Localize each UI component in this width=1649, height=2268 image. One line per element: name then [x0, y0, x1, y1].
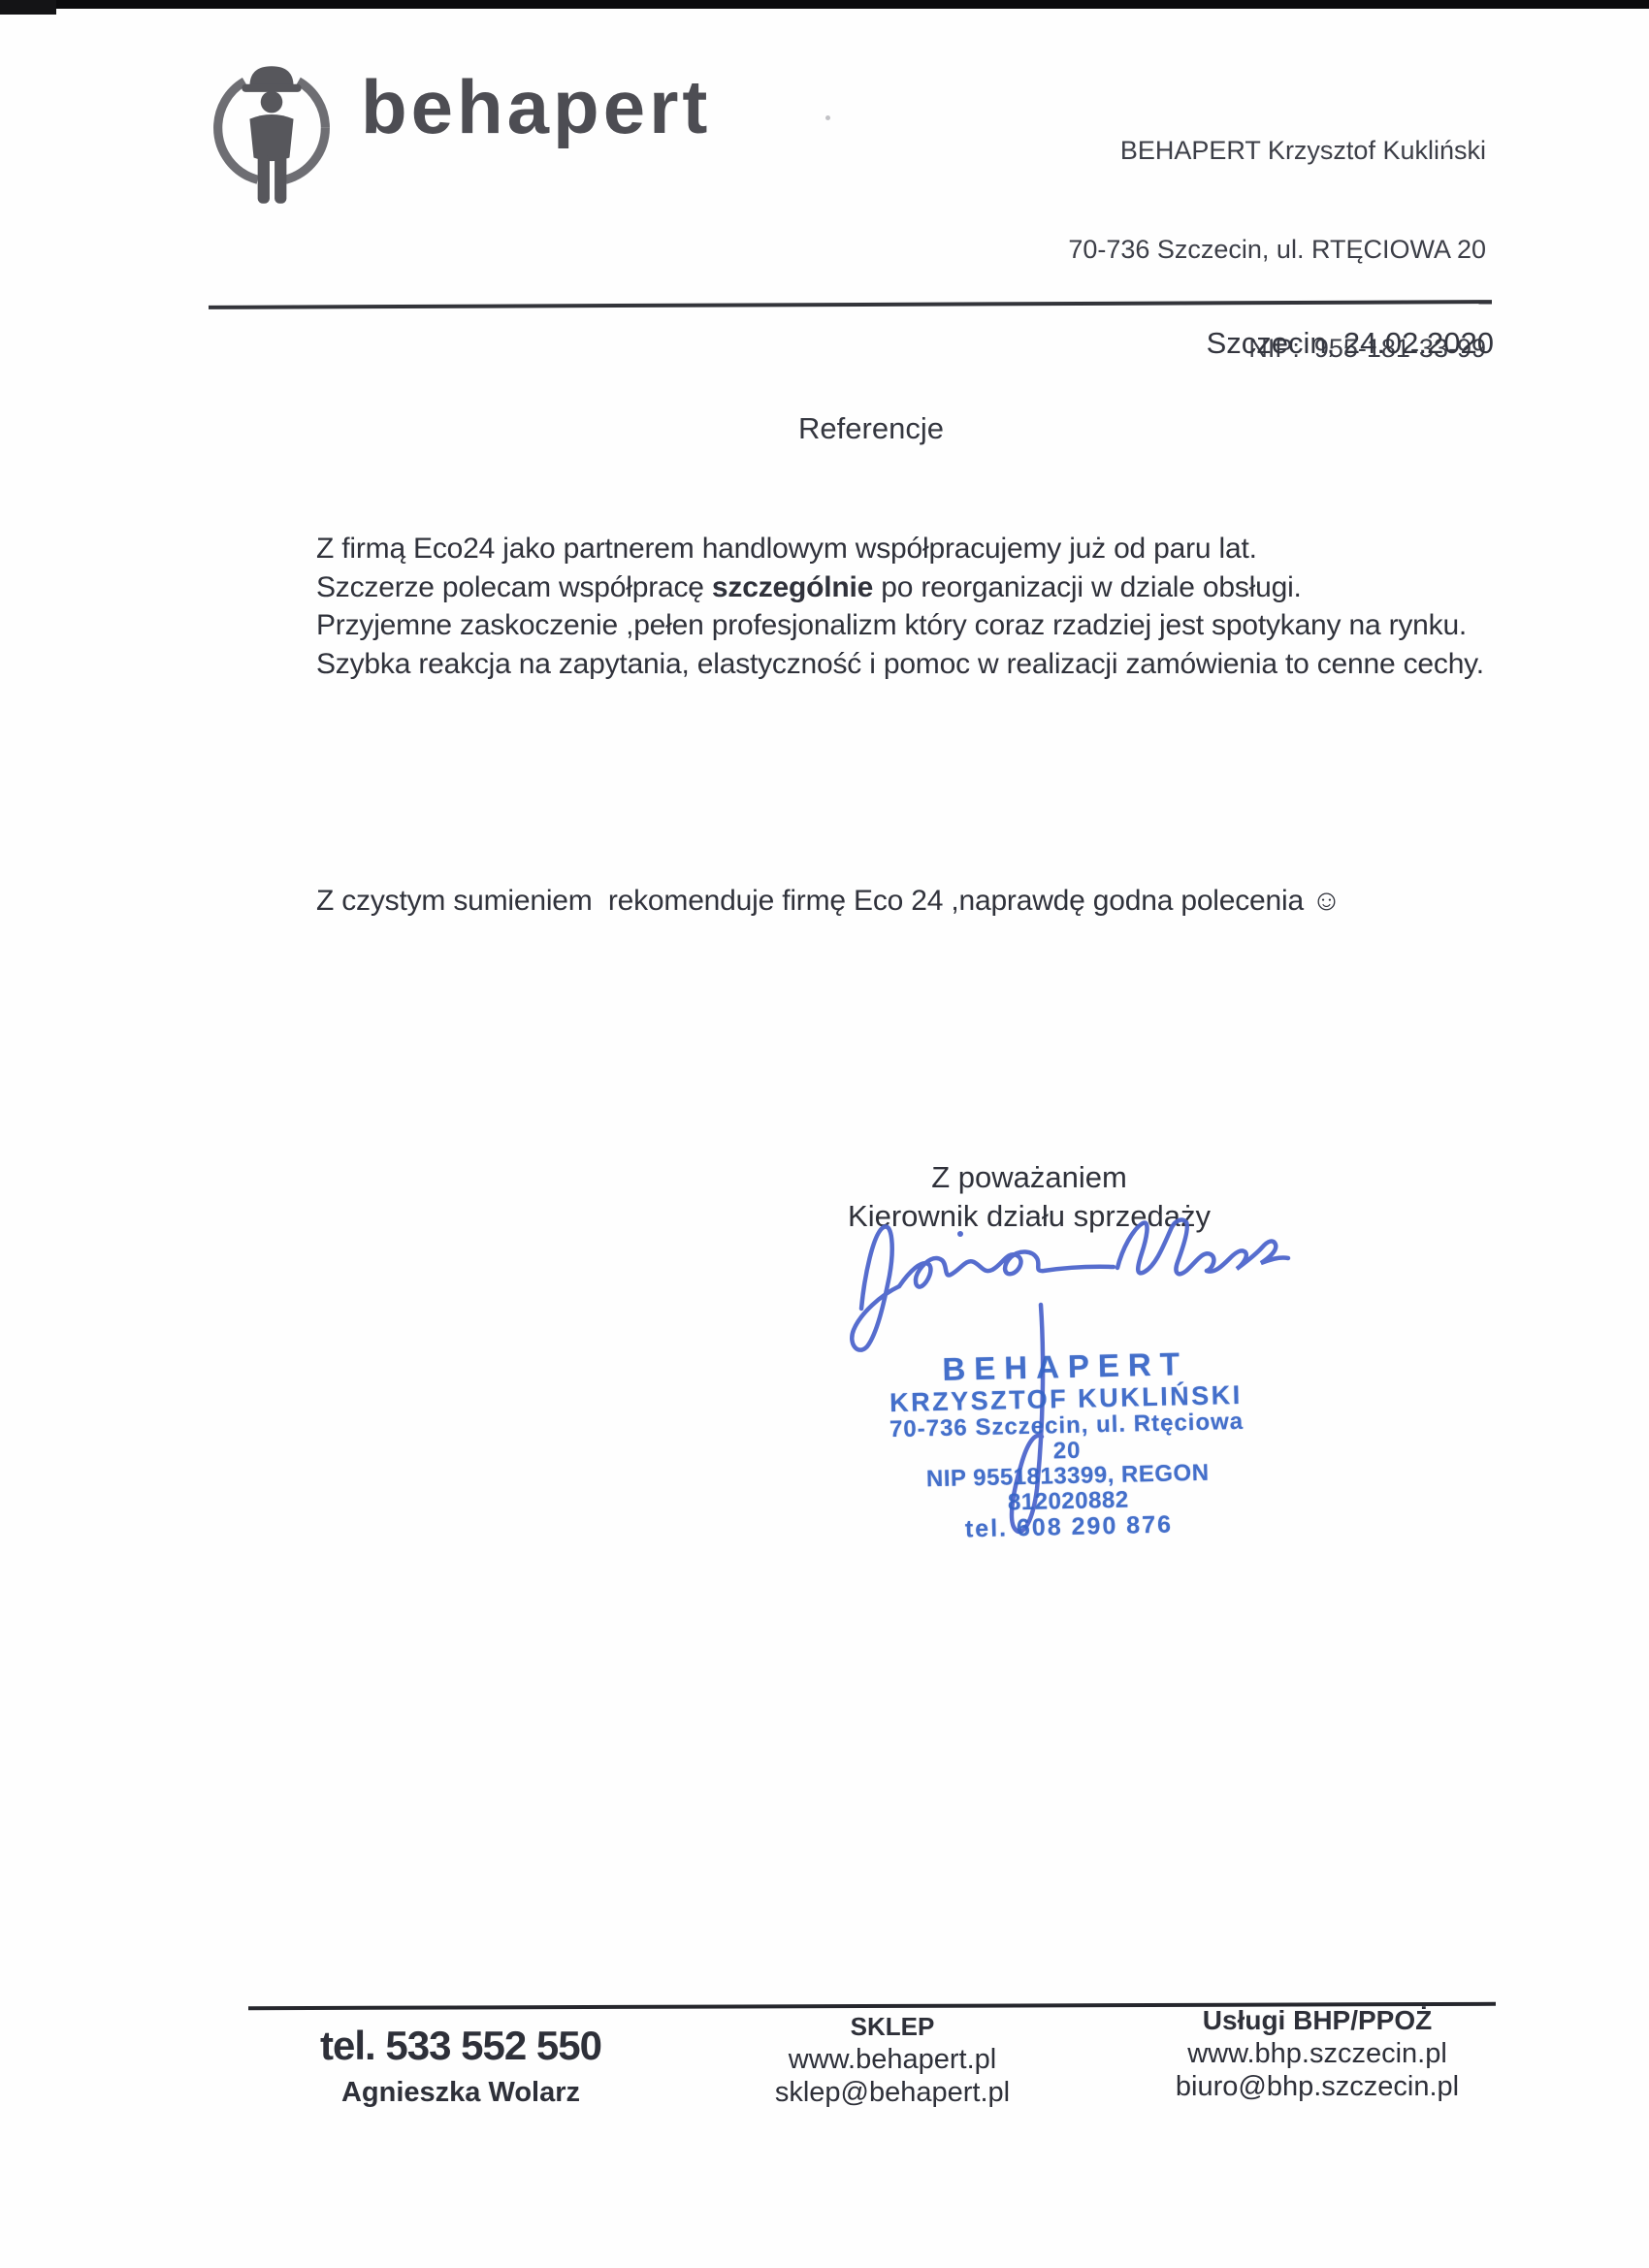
body-line: Szczerze polecam współpracę szczególnie … — [316, 568, 1484, 607]
body-line2-suffix: po reorganizacji w dziale obsługi. — [873, 571, 1302, 603]
body-line: Przyjemne zaskoczenie ,pełen profesjonal… — [316, 606, 1484, 645]
scan-edge-artifact-corner — [0, 0, 56, 15]
company-street-line: 70-736 Szczecin, ul. RTĘCIOWA 20 — [1068, 233, 1486, 266]
body-line2-prefix: Szczerze polecam współpracę — [316, 571, 712, 603]
closing-salutation: Z poważaniem — [834, 1158, 1224, 1197]
stamp-nip-regon: NIP 9551813399, REGON 812020882 — [876, 1460, 1261, 1519]
letter-body: Z firmą Eco24 jako partnerem handlowym w… — [316, 530, 1484, 683]
company-address-block: BEHAPERT Krzysztof Kukliński 70-736 Szcz… — [1068, 68, 1486, 431]
footer-shop-column: SKLEP www.behapert.pl sklep@behapert.pl — [747, 2012, 1038, 2108]
footer-shop-heading: SKLEP — [747, 2012, 1038, 2042]
body-line: Z firmą Eco24 jako partnerem handlowym w… — [316, 530, 1484, 568]
footer-contact-column: tel. 533 552 550 Agnieszka Wolarz — [291, 2024, 630, 2109]
footer-services-email: biuro@bhp.szczecin.pl — [1154, 2071, 1480, 2102]
company-name-line: BEHAPERT Krzysztof Kukliński — [1068, 134, 1486, 167]
footer-services-column: Usługi BHP/PPOŻ www.bhp.szczecin.pl biur… — [1154, 2004, 1480, 2102]
letter-date: Szczecin, 24.02.2020 — [1207, 326, 1494, 361]
scan-edge-artifact — [0, 0, 1649, 9]
company-stamp: BEHAPERT KRZYSZTOF KUKLIŃSKI 70-736 Szcz… — [873, 1345, 1261, 1545]
recommendation-line: Z czystym sumieniem rekomenduje firmę Ec… — [316, 885, 1342, 918]
footer-services-website: www.bhp.szczecin.pl — [1154, 2038, 1480, 2069]
body-line2-bold: szczególnie — [712, 571, 873, 603]
company-logo: behapert — [211, 56, 711, 215]
footer-shop-email: sklep@behapert.pl — [747, 2077, 1038, 2108]
logo-wordmark: behapert — [361, 68, 711, 146]
footer-contact-name: Agnieszka Wolarz — [291, 2077, 630, 2109]
scanned-letter-page: behapert BEHAPERT Krzysztof Kukliński 70… — [0, 0, 1649, 2268]
footer-shop-website: www.behapert.pl — [747, 2044, 1038, 2075]
body-line: Szybka reakcja na zapytania, elastycznoś… — [316, 645, 1484, 684]
scan-speck — [825, 115, 830, 120]
worker-in-circle-icon — [211, 56, 332, 215]
letter-title: Referencje — [93, 411, 1649, 446]
footer-phone: tel. 533 552 550 — [291, 2024, 630, 2068]
footer-services-heading: Usługi BHP/PPOŻ — [1154, 2004, 1480, 2036]
